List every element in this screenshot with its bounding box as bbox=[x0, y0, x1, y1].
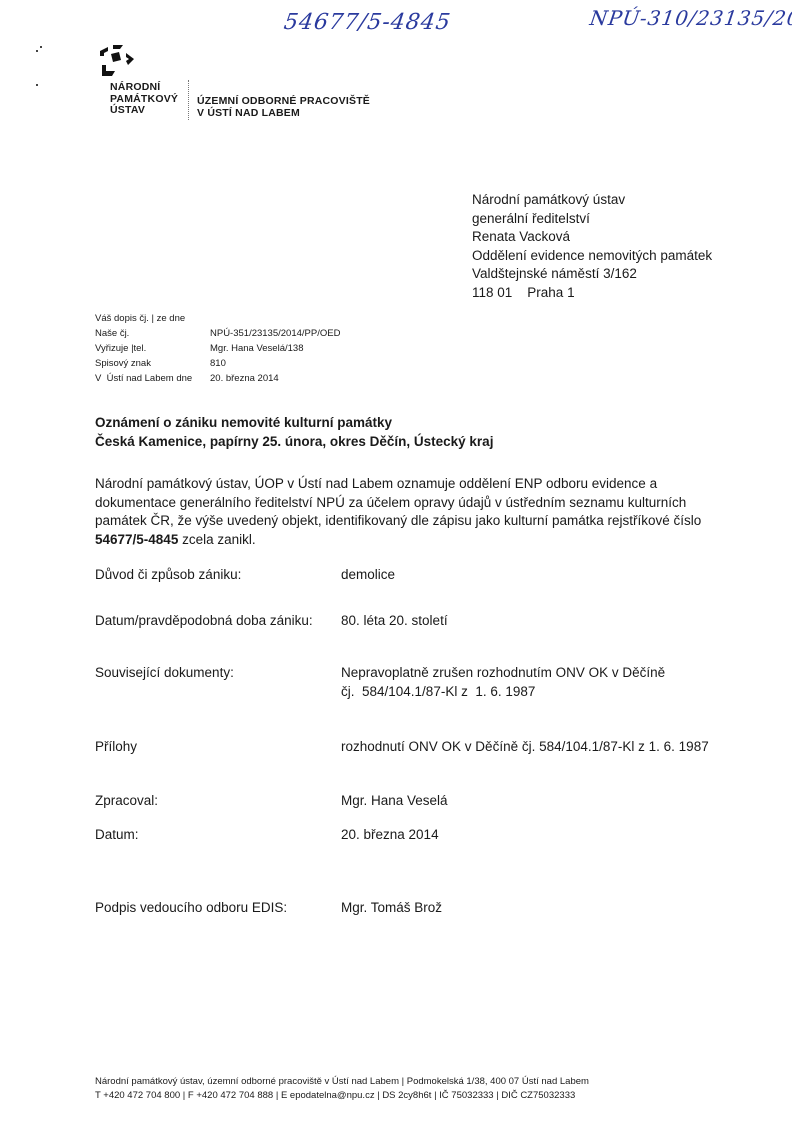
reference-value: 20. března 2014 bbox=[210, 371, 279, 386]
field-value-attachments: rozhodnutí ONV OK v Děčíně čj. 584/104.1… bbox=[341, 738, 709, 757]
related-document-line: čj. 584/104.1/87-Kl z 1. 6. 1987 bbox=[341, 683, 665, 702]
field-label-date: Datum: bbox=[95, 826, 139, 845]
page-footer: Národní památkový ústav, územní odborné … bbox=[95, 1075, 589, 1103]
field-value-related-documents: Nepravoplatně zrušen rozhodnutím ONV OK … bbox=[341, 664, 665, 701]
field-label-reason: Důvod či způsob zániku: bbox=[95, 566, 241, 585]
field-value-date: 20. března 2014 bbox=[341, 826, 439, 845]
org-name-line: ÚSTAV bbox=[110, 105, 178, 117]
title-subject-line: Česká Kamenice, papírny 25. února, okres… bbox=[95, 433, 493, 452]
reference-label: Spisový znak bbox=[95, 356, 210, 371]
reference-row: V Ústí nad Labem dne 20. března 2014 bbox=[95, 371, 340, 386]
org-name-line: NÁRODNÍ bbox=[110, 82, 178, 94]
scan-speck bbox=[36, 84, 38, 86]
reference-label: Naše čj. bbox=[95, 326, 210, 341]
address-line: Valdštejnské náměstí 3/162 bbox=[472, 265, 712, 284]
reference-value: Mgr. Hana Veselá/138 bbox=[210, 341, 303, 356]
address-line: Národní památkový ústav bbox=[472, 191, 712, 210]
body-paragraph: Národní památkový ústav, ÚOP v Ústí nad … bbox=[95, 475, 715, 549]
related-document-line: Nepravoplatně zrušen rozhodnutím ONV OK … bbox=[341, 664, 665, 683]
footer-address-line: Národní památkový ústav, územní odborné … bbox=[95, 1075, 589, 1089]
title-line: Oznámení o zániku nemovité kulturní pamá… bbox=[95, 414, 493, 433]
reference-label: Váš dopis čj. | ze dne bbox=[95, 311, 210, 326]
reference-row: Vyřizuje |tel. Mgr. Hana Veselá/138 bbox=[95, 341, 340, 356]
field-label-related-documents: Související dokumenty: bbox=[95, 664, 234, 683]
reference-row: Naše čj. NPÚ-351/23135/2014/PP/OED bbox=[95, 326, 340, 341]
reference-label: V Ústí nad Labem dne bbox=[95, 371, 210, 386]
reference-row: Spisový znak 810 bbox=[95, 356, 340, 371]
field-value-signature: Mgr. Tomáš Brož bbox=[341, 899, 442, 918]
body-text: Národní památkový ústav, ÚOP v Ústí nad … bbox=[95, 476, 701, 528]
handwritten-registry-note: 54677/5-4845 bbox=[282, 10, 452, 35]
scan-speck bbox=[36, 50, 38, 52]
unit-name: ÚZEMNÍ ODBORNÉ PRACOVIŠTĚ V ÚSTÍ NAD LAB… bbox=[197, 96, 370, 119]
body-text: zcela zanikl. bbox=[178, 532, 255, 547]
field-label-date-of-loss: Datum/pravděpodobná doba zániku: bbox=[95, 612, 313, 631]
address-line: Renata Vacková bbox=[472, 228, 712, 247]
field-value-reason: demolice bbox=[341, 566, 395, 585]
handwritten-reference-note: NPÚ-310/23135/2014 bbox=[588, 6, 792, 30]
unit-name-line: V ÚSTÍ NAD LABEM bbox=[197, 108, 370, 120]
registry-number: 54677/5-4845 bbox=[95, 532, 178, 547]
address-line: generální ředitelství bbox=[472, 210, 712, 229]
field-label-signature: Podpis vedoucího odboru EDIS: bbox=[95, 899, 287, 918]
address-line: 118 01 Praha 1 bbox=[472, 284, 712, 303]
reference-value: NPÚ-351/23135/2014/PP/OED bbox=[210, 326, 340, 341]
logo-divider bbox=[188, 80, 189, 120]
reference-value: 810 bbox=[210, 356, 226, 371]
npu-logo-icon bbox=[96, 43, 136, 79]
document-title: Oznámení o zániku nemovité kulturní pamá… bbox=[95, 414, 493, 451]
scan-speck bbox=[40, 46, 42, 48]
reference-label: Vyřizuje |tel. bbox=[95, 341, 210, 356]
recipient-address: Národní památkový ústav generální ředite… bbox=[472, 191, 712, 302]
field-label-prepared-by: Zpracoval: bbox=[95, 792, 158, 811]
unit-name-line: ÚZEMNÍ ODBORNÉ PRACOVIŠTĚ bbox=[197, 96, 370, 108]
address-line: Oddělení evidence nemovitých památek bbox=[472, 247, 712, 266]
field-value-prepared-by: Mgr. Hana Veselá bbox=[341, 792, 448, 811]
field-label-attachments: Přílohy bbox=[95, 738, 137, 757]
reference-block: Váš dopis čj. | ze dne Naše čj. NPÚ-351/… bbox=[95, 311, 340, 386]
field-value-date-of-loss: 80. léta 20. století bbox=[341, 612, 448, 631]
org-name: NÁRODNÍ PAMÁTKOVÝ ÚSTAV bbox=[110, 82, 178, 117]
reference-row: Váš dopis čj. | ze dne bbox=[95, 311, 340, 326]
footer-contact-line: T +420 472 704 800 | F +420 472 704 888 … bbox=[95, 1089, 589, 1103]
